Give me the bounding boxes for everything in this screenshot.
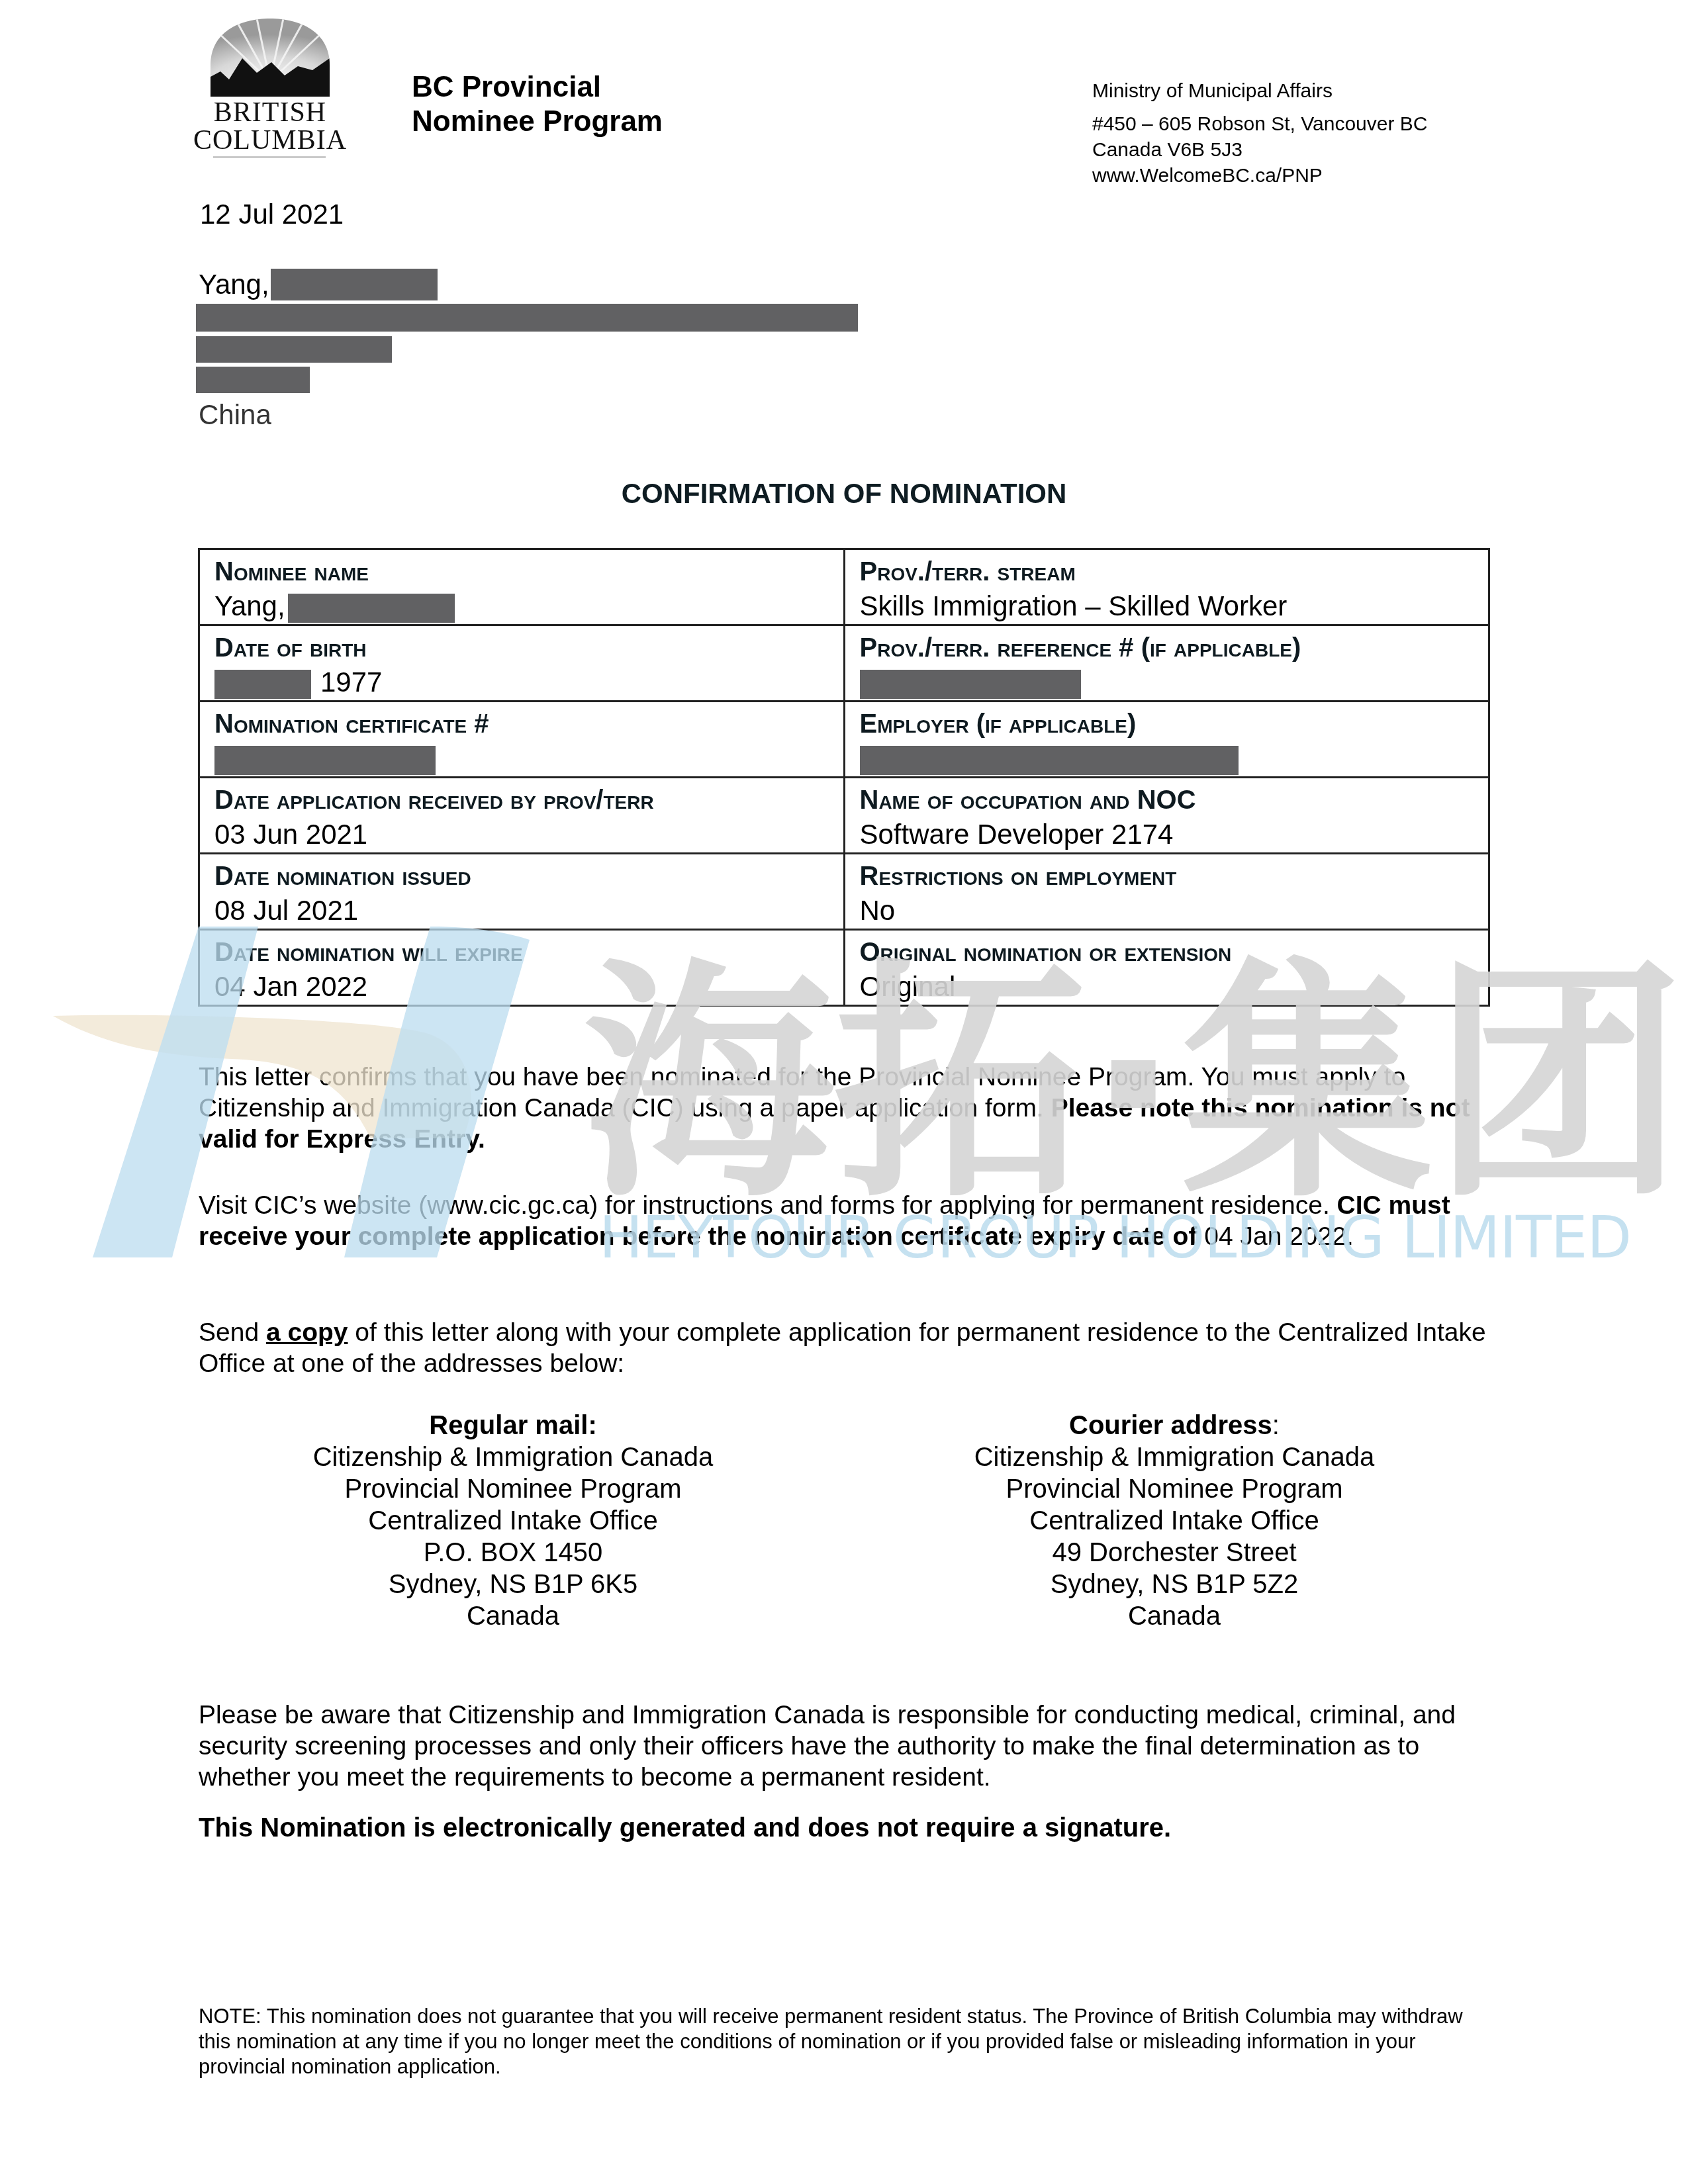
address-line: Canada <box>943 1600 1406 1632</box>
courier-heading: Courier address: <box>943 1410 1406 1441</box>
address-line: Citizenship & Immigration Canada <box>943 1441 1406 1473</box>
table-row: Date of birth1977Prov./terr. reference #… <box>199 625 1489 702</box>
regular-mail-address: Regular mail: Citizenship & Immigration … <box>281 1410 745 1632</box>
table-row: Date application received by prov/terr03… <box>199 778 1489 854</box>
field-value <box>860 741 1474 776</box>
table-cell: Name of occupation and NOCSoftware Devel… <box>844 778 1489 854</box>
table-cell: Restrictions on employmentNo <box>844 854 1489 930</box>
signature-note: This Nomination is electronically genera… <box>199 1813 1171 1843</box>
nomination-details-table: Nominee nameYang,Prov./terr. streamSkill… <box>198 548 1490 1007</box>
field-label: Employer (if applicable) <box>860 707 1474 741</box>
field-value: No <box>860 893 1474 929</box>
table-cell: Prov./terr. streamSkills Immigration – S… <box>844 549 1489 625</box>
ministry-address-line1: #450 – 605 Robson St, Vancouver BC <box>1092 111 1427 137</box>
table-row: Date nomination will expire04 Jan 2022Or… <box>199 930 1489 1006</box>
table-cell: Prov./terr. reference # (if applicable) <box>844 625 1489 702</box>
field-label: Date application received by prov/terr <box>214 784 829 817</box>
field-label: Name of occupation and NOC <box>860 784 1474 817</box>
field-value: 08 Jul 2021 <box>214 893 829 929</box>
document-title: CONFIRMATION OF NOMINATION <box>0 478 1688 510</box>
address-line: Centralized Intake Office <box>281 1505 745 1537</box>
table-cell: Date nomination will expire04 Jan 2022 <box>199 930 845 1006</box>
field-value: 1977 <box>214 664 829 700</box>
ministry-block: Ministry of Municipal Affairs #450 – 605… <box>1092 78 1427 189</box>
field-value: Yang, <box>214 588 829 624</box>
table-cell: Date nomination issued08 Jul 2021 <box>199 854 845 930</box>
field-value: Skills Immigration – Skilled Worker <box>860 588 1474 624</box>
redaction-block <box>288 594 455 623</box>
field-label: Restrictions on employment <box>860 860 1474 893</box>
field-value: 03 Jun 2021 <box>214 817 829 852</box>
field-label: Nomination certificate # <box>214 707 829 741</box>
redaction-block <box>860 746 1239 775</box>
table-row: Date nomination issued08 Jul 2021Restric… <box>199 854 1489 930</box>
logo-underline <box>213 156 326 158</box>
field-value: Original <box>860 969 1474 1005</box>
field-value <box>860 664 1474 700</box>
regular-mail-heading: Regular mail: <box>281 1410 745 1441</box>
field-value: 04 Jan 2022 <box>214 969 829 1005</box>
bc-mountains-sun-logo-icon <box>191 19 350 98</box>
address-line: Provincial Nominee Program <box>281 1473 745 1505</box>
a-copy-emphasis: a copy <box>266 1318 348 1347</box>
field-label: Prov./terr. stream <box>860 555 1474 588</box>
field-value: Software Developer 2174 <box>860 817 1474 852</box>
paragraph-cic-responsibility: Please be aware that Citizenship and Imm… <box>199 1700 1496 1793</box>
ministry-address-line2: Canada V6B 5J3 <box>1092 137 1427 163</box>
letter-date: 12 Jul 2021 <box>200 199 344 230</box>
paragraph-confirmation: This letter confirms that you have been … <box>199 1062 1496 1155</box>
redaction-address-line2 <box>196 336 392 363</box>
field-label: Prov./terr. reference # (if applicable) <box>860 631 1474 664</box>
redaction-address-line1 <box>196 304 858 332</box>
field-label: Date nomination issued <box>214 860 829 893</box>
table-cell: Date application received by prov/terr03… <box>199 778 845 854</box>
table-row: Nominee nameYang,Prov./terr. streamSkill… <box>199 549 1489 625</box>
bc-logo: BRITISH COLUMBIA <box>191 19 350 158</box>
address-line: Sydney, NS B1P 6K5 <box>281 1569 745 1600</box>
address-line: 49 Dorchester Street <box>943 1537 1406 1569</box>
field-label: Nominee name <box>214 555 829 588</box>
logo-text-british: BRITISH <box>191 97 350 128</box>
address-line: Sydney, NS B1P 5Z2 <box>943 1569 1406 1600</box>
table-row: Nomination certificate #Employer (if app… <box>199 702 1489 778</box>
table-cell: Nomination certificate # <box>199 702 845 778</box>
ministry-name: Ministry of Municipal Affairs <box>1092 78 1427 105</box>
field-label: Date of birth <box>214 631 829 664</box>
field-value <box>214 741 829 776</box>
address-line: Canada <box>281 1600 745 1632</box>
ministry-website[interactable]: www.WelcomeBC.ca/PNP <box>1092 163 1427 189</box>
paragraph-cic-instructions: Visit CIC’s website (www.cic.gc.ca) for … <box>199 1190 1496 1252</box>
address-line: P.O. BOX 1450 <box>281 1537 745 1569</box>
field-label: Date nomination will expire <box>214 936 829 969</box>
field-label: Original nomination or extension <box>860 936 1474 969</box>
expiry-date-inline: 04 Jan 2022. <box>1197 1222 1353 1251</box>
address-line: Provincial Nominee Program <box>943 1473 1406 1505</box>
table-cell: Date of birth1977 <box>199 625 845 702</box>
table-cell: Original nomination or extensionOriginal <box>844 930 1489 1006</box>
courier-address: Courier address: Citizenship & Immigrati… <box>943 1410 1406 1632</box>
program-title-line2: Nominee Program <box>412 105 663 139</box>
redaction-address-line3 <box>196 367 310 393</box>
redaction-given-name <box>271 269 438 300</box>
table-cell: Employer (if applicable) <box>844 702 1489 778</box>
recipient-country: China <box>199 399 271 431</box>
footnote: NOTE: This nomination does not guarantee… <box>199 2004 1496 2079</box>
logo-text-columbia: COLUMBIA <box>191 124 350 156</box>
recipient-surname: Yang, <box>199 269 269 300</box>
redaction-block <box>214 746 436 775</box>
program-title: BC Provincial Nominee Program <box>412 70 663 139</box>
recipient-address: Yang, China <box>199 268 858 435</box>
address-line: Centralized Intake Office <box>943 1505 1406 1537</box>
program-title-line1: BC Provincial <box>412 70 663 105</box>
redaction-block <box>214 670 311 699</box>
redaction-block <box>860 670 1081 699</box>
table-cell: Nominee nameYang, <box>199 549 845 625</box>
paragraph-send-copy: Send a copy of this letter along with yo… <box>199 1317 1496 1379</box>
address-line: Citizenship & Immigration Canada <box>281 1441 745 1473</box>
